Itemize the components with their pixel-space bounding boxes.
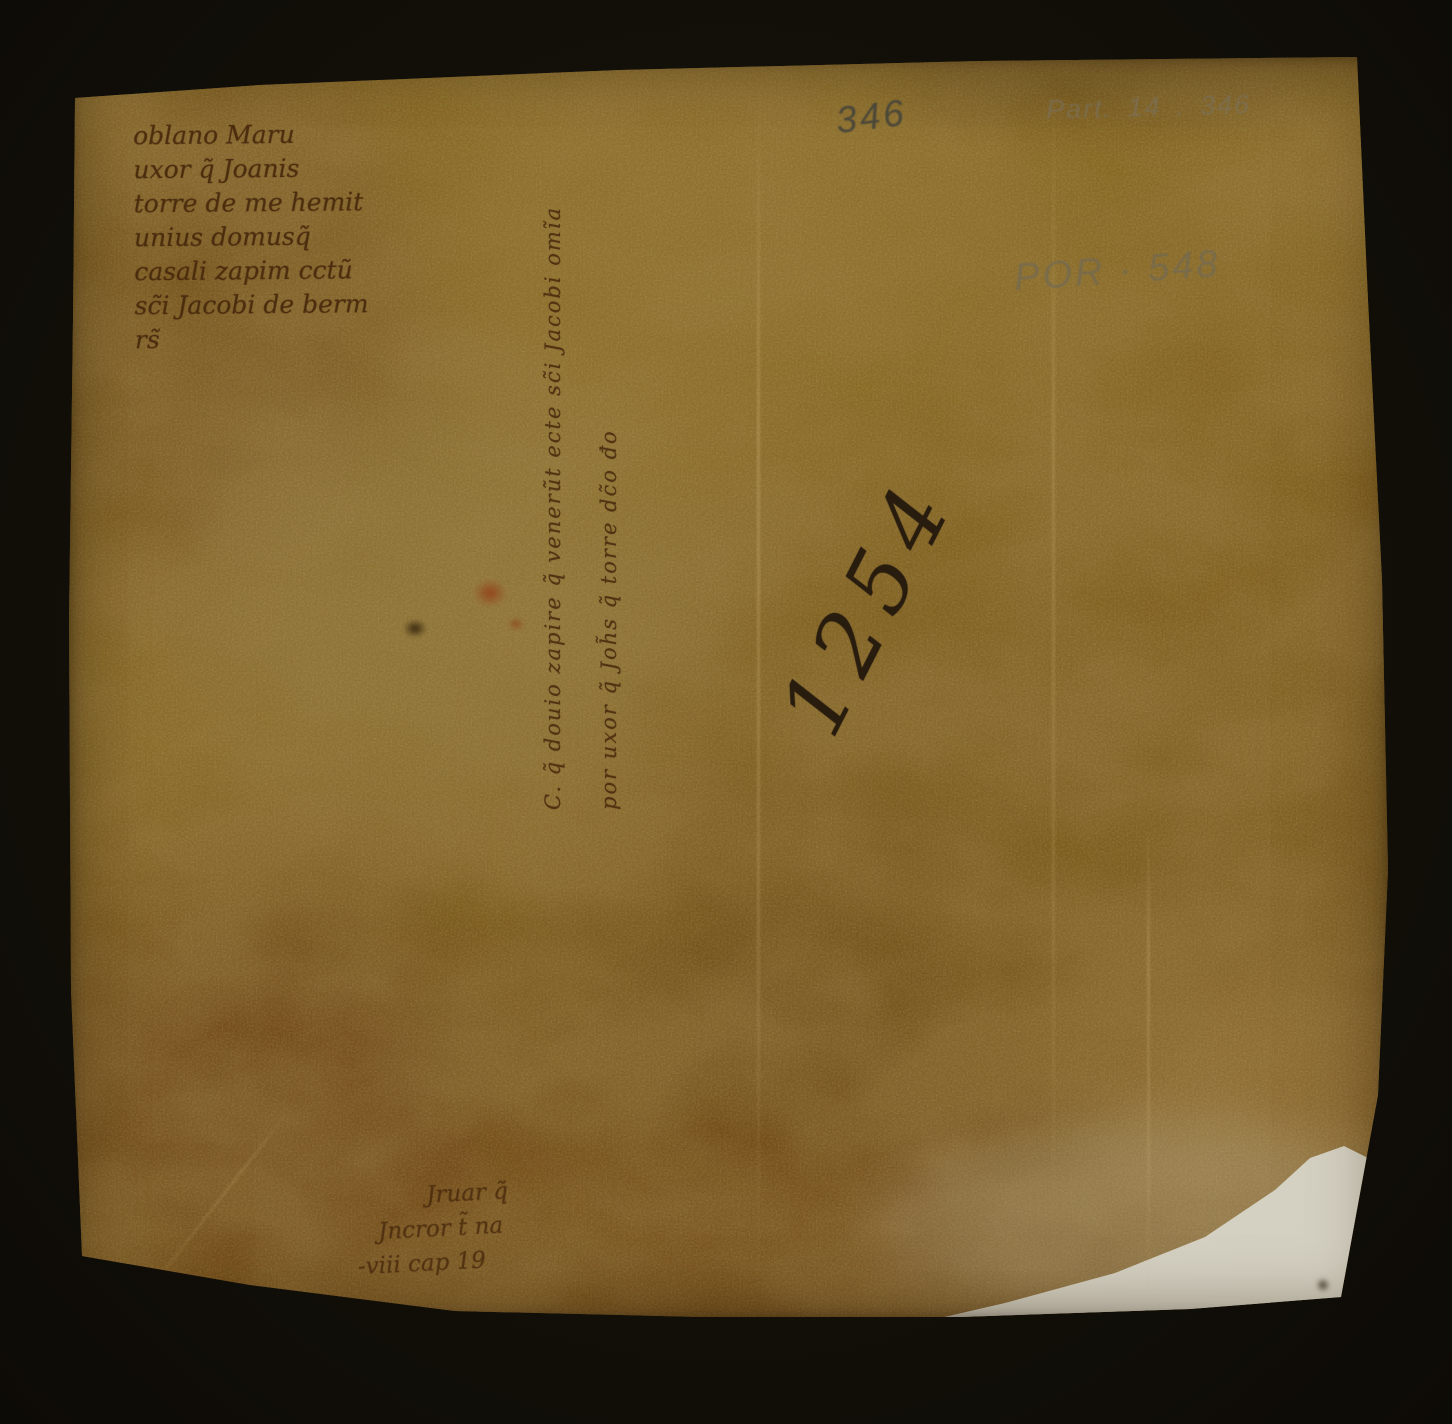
vertical-ink-note: C. q̃ douio zapire q̃ venerũt ecte sc̃i … (525, 110, 645, 810)
note-line: rs̃ (135, 321, 435, 358)
note-line: C. q̃ douio zapire q̃ venerũt ecte sc̃i … (525, 110, 581, 810)
note-line: casali zapim cctũ (134, 253, 434, 290)
parchment-sheet: oblano Maru uxor q̃ Joanis torre de me h… (0, 0, 1452, 1424)
top-left-ink-note: oblano Maru uxor q̃ Joanis torre de me h… (133, 117, 435, 358)
note-line: por uxor q̃ Joh̃s q̃ torre dc̃o đo (581, 110, 637, 810)
note-line: torre de me hemit (134, 185, 434, 222)
note-line: unius domusq̃ (134, 219, 434, 256)
pencil-shelfmark: Part. 14 . 346 (1046, 89, 1252, 125)
note-line: oblano Maru (133, 117, 433, 154)
bottom-left-ink-note: Jruar q̃ Jncror t̃ na -viii cap 19 (353, 1170, 598, 1284)
note-line: sc̃i Jacobi de berm (134, 287, 434, 324)
note-line: uxor q̃ Joanis (133, 151, 433, 188)
pencil-number-346: 346 (834, 92, 909, 142)
photo-black-backdrop: oblano Maru uxor q̃ Joanis torre de me h… (0, 0, 1452, 1424)
